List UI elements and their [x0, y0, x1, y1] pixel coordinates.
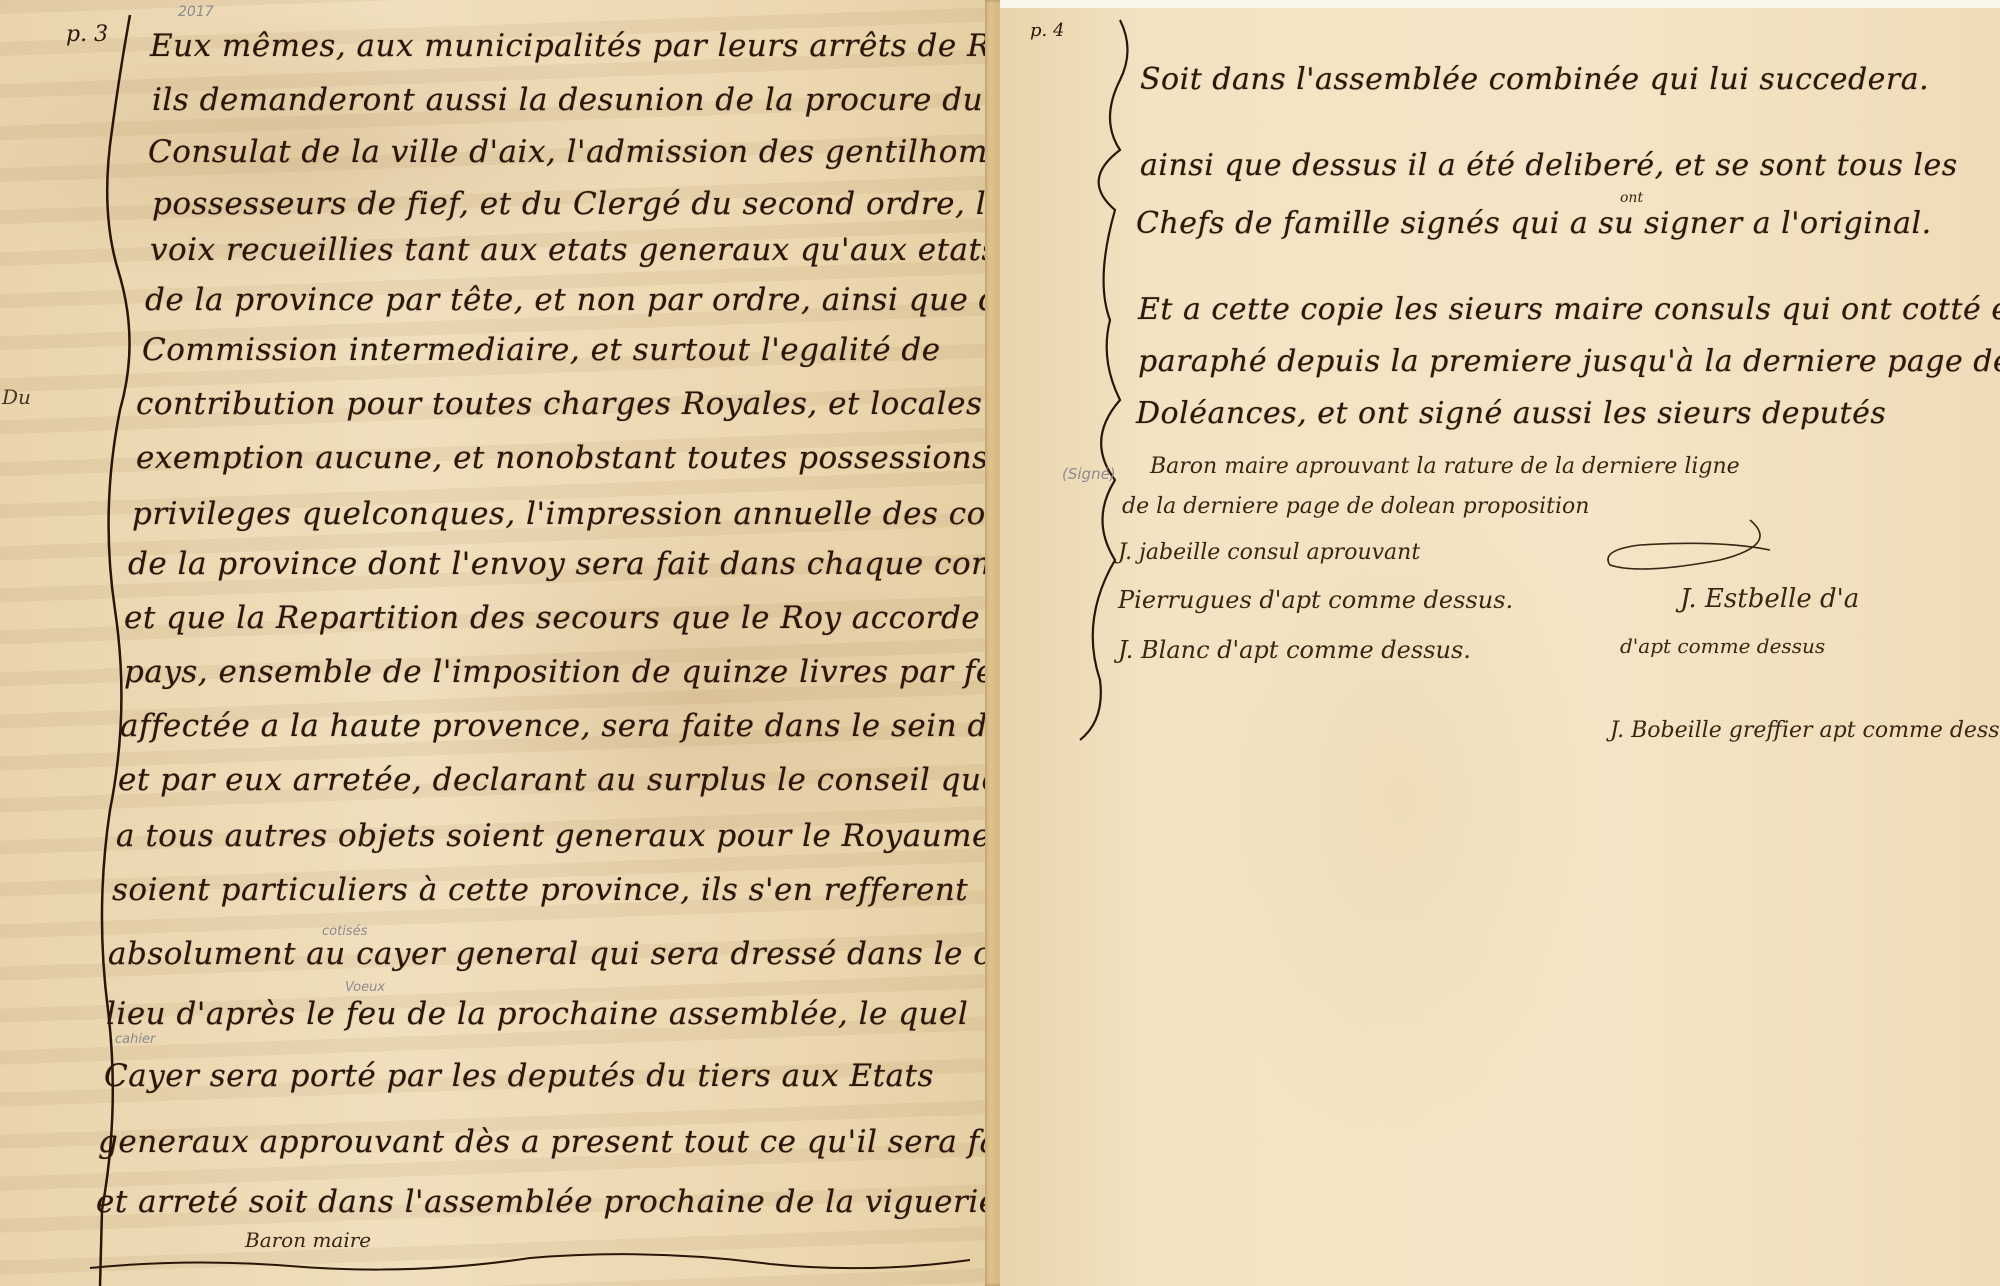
manuscript-line: Consulat de la ville d'aix, l'admission … [148, 134, 1000, 170]
manuscript-line: possesseurs de fief, et du Clergé du sec… [152, 186, 1000, 222]
manuscript-line: generaux approuvant dès a present tout c… [98, 1124, 1000, 1160]
manuscript-line: Doléances, et ont signé aussi les sieurs… [1136, 396, 1886, 431]
manuscript-line: lieu d'après le feu de la prochaine asse… [106, 996, 968, 1032]
manuscript-line: de la province dont l'envoy sera fait da… [128, 546, 1000, 582]
signature-line: J. Blanc d'apt comme dessus. [1118, 636, 1471, 664]
manuscript-line: contribution pour toutes charges Royales… [136, 386, 1000, 422]
manuscript-line: Eux mêmes, aux municipalités par leurs a… [150, 28, 1000, 64]
margin-pencil-signe: (Signé) [1062, 465, 1116, 483]
margin-note-left: Du [2, 385, 31, 409]
manuscript-line: affectée a la haute provence, sera faite… [120, 708, 1000, 744]
pencil-note: Voeux [345, 980, 385, 995]
left-manuscript-page: p. 3 2017 Du Eux mêmes, aux municipalité… [0, 0, 1000, 1286]
manuscript-line: voix recueillies tant aux etats generaux… [150, 232, 1000, 268]
right-manuscript-page: p. 4 Soit dans l'assemblée combinée qui … [1000, 0, 2000, 1286]
manuscript-line: privileges quelconques, l'impression ann… [132, 496, 1000, 532]
bottom-flourish [90, 1250, 990, 1286]
manuscript-line: a tous autres objets soient generaux pou… [116, 818, 1000, 854]
manuscript-line: absolument au cayer general qui sera dre… [108, 936, 1000, 972]
manuscript-line: soient particuliers à cette province, il… [112, 872, 968, 908]
manuscript-line: Et a cette copie les sieurs maire consul… [1138, 292, 2000, 327]
manuscript-line: de la province par tête, et non par ordr… [145, 282, 1000, 318]
manuscript-line: ils demanderont aussi la desunion de la … [152, 82, 1000, 118]
signature-line: J. jabeille consul aprouvant [1118, 540, 1420, 565]
manuscript-line: Cayer sera porté par les deputés du tier… [104, 1058, 934, 1094]
manuscript-line: et que la Repartition des secours que le… [124, 600, 1000, 636]
interlinear-note: ont [1620, 190, 1643, 206]
manuscript-line: Soit dans l'assemblée combinée qui lui s… [1140, 62, 1929, 97]
manuscript-line: paraphé depuis la premiere jusqu'à la de… [1138, 344, 2000, 379]
manuscript-line: et arreté soit dans l'assemblée prochain… [96, 1184, 998, 1220]
pencil-note: cahier [115, 1032, 155, 1047]
right-margin-brace [1060, 20, 1130, 740]
manuscript-line: pays, ensemble de l'imposition de quinze… [124, 654, 1000, 690]
signature-line: de la derniere page de dolean propositio… [1122, 494, 1589, 519]
signature-line: Pierrugues d'apt comme dessus. [1118, 586, 1513, 614]
signature-flourish [1600, 520, 1780, 580]
signature-baron-maire: Baron maire [245, 1228, 371, 1252]
signature-line: J. Estbelle d'a [1680, 584, 1859, 614]
signature-line: Baron maire aprouvant la rature de la de… [1150, 454, 1740, 479]
manuscript-line: ainsi que dessus il a été deliberé, et s… [1140, 148, 1958, 183]
signature-line: d'apt comme dessus [1620, 634, 1825, 658]
manuscript-line: et par eux arretée, declarant au surplus… [118, 762, 1000, 798]
paper-top-edge [1000, 0, 2000, 8]
pencil-note: cotisés [322, 924, 367, 939]
top-pencil-annotation: 2017 [178, 4, 214, 20]
manuscript-line: Commission intermediaire, et surtout l'e… [142, 332, 941, 368]
manuscript-line: exemption aucune, et nonobstant toutes p… [136, 440, 1000, 476]
signature-line: J. Bobeille greffier apt comme dessus [1610, 718, 2000, 743]
left-margin-rule [90, 10, 150, 1286]
manuscript-line: Chefs de famille signés qui a su signer … [1136, 206, 1932, 241]
